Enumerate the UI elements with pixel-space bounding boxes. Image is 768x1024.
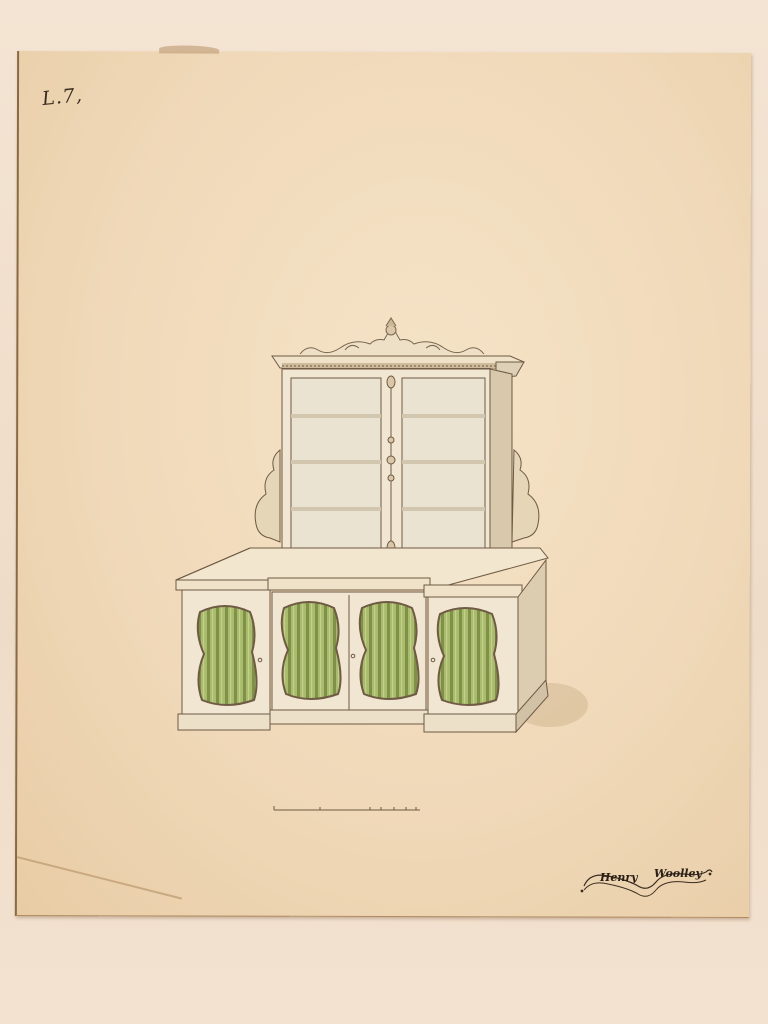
bookcase-side [490, 369, 512, 559]
signature-first-name: Henry [600, 871, 638, 884]
signature-last-name: Woolley [654, 867, 702, 880]
carved-pediment [300, 318, 484, 354]
silk-panel-4 [438, 608, 499, 705]
scroll-bracket-right [512, 450, 539, 542]
silk-panel-2 [282, 602, 341, 699]
scroll-bracket-left [255, 450, 280, 542]
sideboard-base [176, 548, 548, 732]
silk-panel-3 [360, 602, 419, 699]
silk-panel-1 [198, 606, 257, 705]
glazed-door-right [402, 378, 485, 553]
glazed-door-left [291, 378, 381, 553]
upper-bookcase [255, 318, 539, 559]
scale-bar [273, 803, 421, 815]
signature-banner: Henry Woolley [578, 864, 714, 898]
